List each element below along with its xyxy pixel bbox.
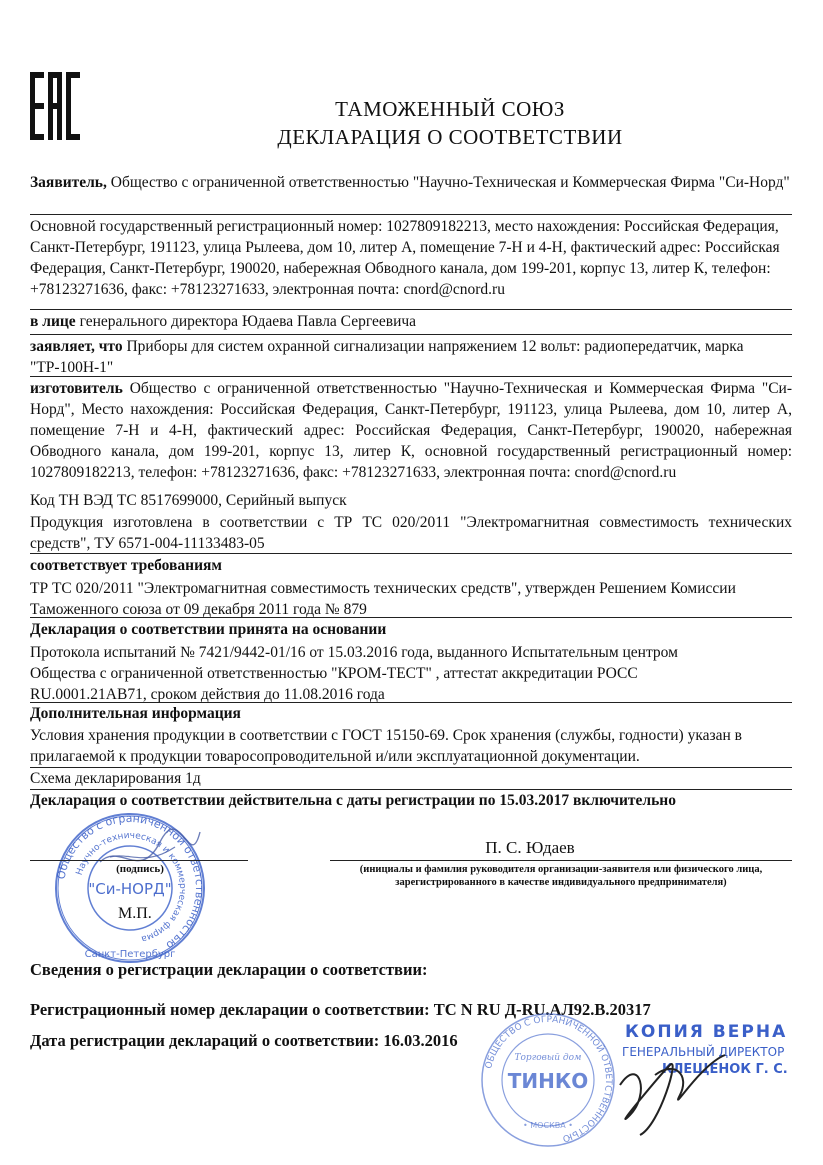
signature-line xyxy=(30,860,248,861)
registration-heading: Сведения о регистрации декларации о соот… xyxy=(30,960,427,980)
company-stamp: Общество с ограниченной ответственностью… xyxy=(50,812,210,964)
handwritten-signature xyxy=(600,1035,730,1145)
signature-caption: (подпись) xyxy=(110,863,170,876)
manufacturer-section: изготовитель Общество с ограниченной отв… xyxy=(30,378,792,483)
svg-text:Торговый дом: Торговый дом xyxy=(515,1053,582,1063)
divider xyxy=(30,214,792,215)
eac-logo xyxy=(30,72,82,140)
svg-text:• МОСКВА •: • МОСКВА • xyxy=(523,1121,573,1130)
divider xyxy=(30,309,792,310)
stamp-placeholder-caption: М.П. xyxy=(118,905,152,923)
additional-text: Условия хранения продукции в соответстви… xyxy=(30,725,800,767)
conforms-label: соответствует требованиям xyxy=(30,557,222,574)
applicant-details: Основной государственный регистрационный… xyxy=(30,216,792,300)
divider xyxy=(30,617,792,618)
applicant-label: Заявитель, xyxy=(30,174,107,191)
title-line-1: ТАМОЖЕННЫЙ СОЮЗ xyxy=(200,95,700,123)
document-title: ТАМОЖЕННЫЙ СОЮЗ ДЕКЛАРАЦИЯ О СООТВЕТСТВИ… xyxy=(200,95,700,151)
signer-caption-line-2: зарегистрированного в качестве индивидуа… xyxy=(330,876,792,889)
registration-number-label: Регистрационный номер декларации о соотв… xyxy=(30,1000,434,1019)
divider xyxy=(30,553,792,554)
basis-label: Декларация о соответствии принята на осн… xyxy=(30,621,386,638)
validity-statement: Декларация о соответствии действительна … xyxy=(30,790,792,811)
copy-stamp-seal: ОБЩЕСТВО С ОГРАНИЧЕННОЙ ОТВЕТСТВЕННОСТЬЮ… xyxy=(478,1010,618,1150)
representative-text: генерального директора Юдаева Павла Серг… xyxy=(76,313,416,330)
svg-text:ТИНКО: ТИНКО xyxy=(508,1069,588,1093)
signer-caption-line-1: (инициалы и фамилия руководителя организ… xyxy=(330,863,792,876)
divider xyxy=(30,334,792,335)
additional-label: Дополнительная информация xyxy=(30,705,241,722)
representative-section: в лице генерального директора Юдаева Пав… xyxy=(30,311,792,332)
conforms-section: соответствует требованиям xyxy=(30,555,792,576)
product-description: Приборы для систем охранной сигнализации… xyxy=(30,338,743,376)
declares-label: заявляет, что xyxy=(30,338,123,355)
svg-text:"Си-НОРД": "Си-НОРД" xyxy=(88,880,171,898)
conforms-text: ТР ТС 020/2011 "Электромагнитная совмест… xyxy=(30,578,770,620)
applicant-name: Общество с ограниченной ответственностью… xyxy=(107,174,790,191)
eac-mark-icon xyxy=(30,72,82,140)
produced-per: Продукция изготовлена в соответствии с Т… xyxy=(30,512,792,554)
registration-date: 16.03.2016 xyxy=(383,1031,457,1050)
applicant-section: Заявитель, Общество с ограниченной ответ… xyxy=(30,172,792,193)
registration-date-row: Дата регистрации деклараций о соответств… xyxy=(30,1031,458,1051)
representative-label: в лице xyxy=(30,313,76,330)
divider xyxy=(30,376,792,377)
signer-name: П. С. Юдаев xyxy=(470,838,590,858)
title-line-2: ДЕКЛАРАЦИЯ О СООТВЕТСТВИИ xyxy=(200,123,700,151)
additional-section: Дополнительная информация xyxy=(30,703,792,724)
basis-section: Декларация о соответствии принята на осн… xyxy=(30,619,792,640)
declaration-scheme: Схема декларирования 1д xyxy=(30,768,792,789)
signer-name-line xyxy=(330,860,792,861)
signer-caption: (инициалы и фамилия руководителя организ… xyxy=(330,863,792,889)
registration-date-label: Дата регистрации деклараций о соответств… xyxy=(30,1031,383,1050)
svg-text:Санкт-Петербург: Санкт-Петербург xyxy=(85,949,176,960)
manufacturer-label: изготовитель xyxy=(30,380,123,397)
hs-code: Код ТН ВЭД ТС 8517699000, Серийный выпус… xyxy=(30,490,792,511)
declares-section: заявляет, что Приборы для систем охранно… xyxy=(30,336,792,378)
manufacturer-text: Общество с ограниченной ответственностью… xyxy=(30,380,792,481)
basis-text: Протокола испытаний № 7421/9442-01/16 от… xyxy=(30,642,730,705)
